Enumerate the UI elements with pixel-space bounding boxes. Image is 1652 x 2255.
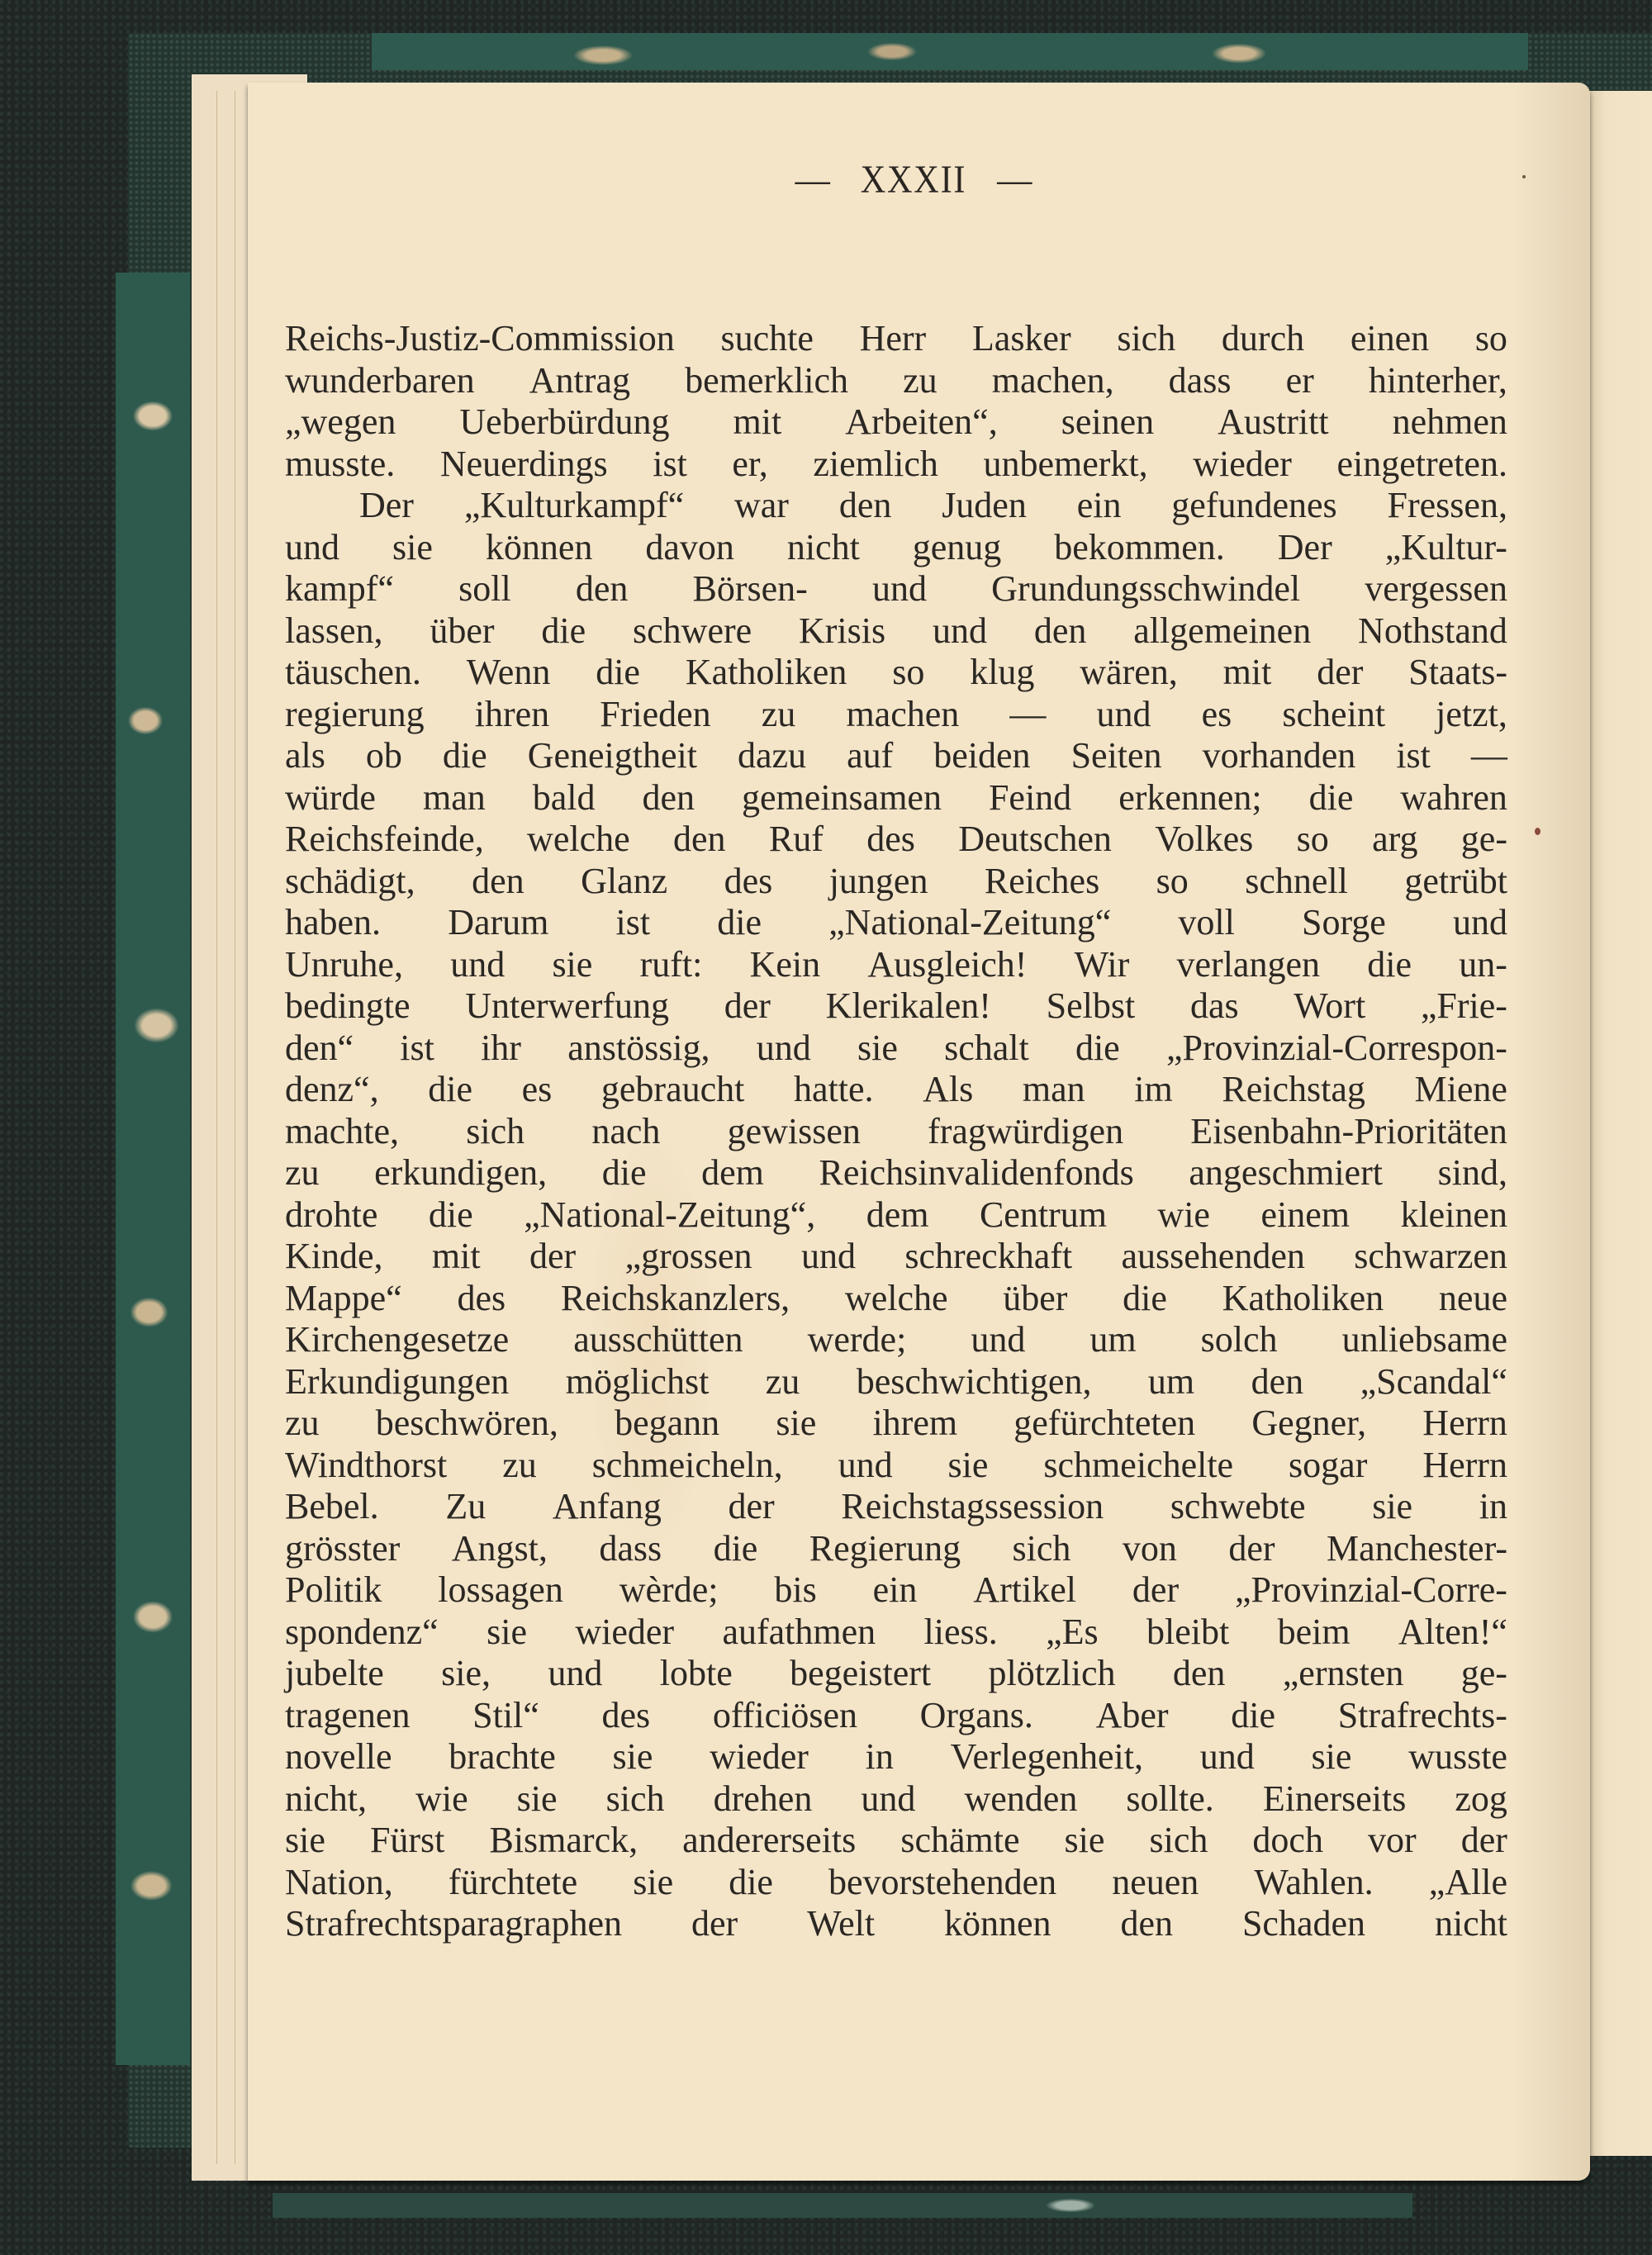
running-head-dash-right: — <box>977 158 1053 202</box>
word: lossagen <box>438 1569 563 1612</box>
word: Sorge <box>1302 902 1386 944</box>
word: begann <box>615 1403 719 1445</box>
word: ihren <box>475 694 549 736</box>
word: können <box>944 1903 1051 1945</box>
word: schmeicheln, <box>592 1445 783 1487</box>
word: wusste <box>1408 1736 1507 1778</box>
word: bemerklich <box>685 360 848 402</box>
word: werde; <box>808 1319 907 1361</box>
word: — <box>1471 735 1507 777</box>
word: Feind <box>989 777 1071 819</box>
word: novelle <box>285 1736 392 1778</box>
word: Lasker <box>972 318 1071 360</box>
word: Reichstagssession <box>841 1486 1104 1528</box>
text-line: machte,sichnachgewissenfragwürdigenEisen… <box>285 1111 1507 1153</box>
word: des <box>457 1278 506 1320</box>
text-line: Nation,fürchtetesiediebevorstehendenneue… <box>285 1862 1507 1904</box>
text-line: schädigt,denGlanzdesjungenReichessoschne… <box>285 861 1507 903</box>
word: hinterher, <box>1369 360 1507 402</box>
word: sie <box>552 944 592 986</box>
word: „Provinzial-Corre- <box>1235 1569 1507 1612</box>
word: und <box>450 944 505 986</box>
text-line: Politiklossagenwèrde;biseinArtikelder„Pr… <box>285 1569 1507 1612</box>
word: welche <box>527 819 630 861</box>
word: soll <box>458 568 511 610</box>
word: Unruhe, <box>285 944 403 986</box>
word: nach <box>591 1111 660 1153</box>
word: Nation, <box>285 1862 393 1904</box>
word: Einerseits <box>1263 1778 1407 1821</box>
word: nicht <box>787 527 860 569</box>
word: die <box>714 1528 758 1570</box>
word: schädigt, <box>285 861 415 903</box>
word: schalt <box>944 1028 1029 1070</box>
word: Nothstand <box>1358 610 1507 653</box>
word: ihr <box>481 1028 521 1070</box>
word: und <box>933 610 987 653</box>
word: des <box>724 861 773 903</box>
word: wie <box>1157 1194 1210 1237</box>
word: und <box>838 1445 893 1487</box>
text-line: „wegenUeberbürdungmitArbeiten“,seinenAus… <box>285 401 1507 444</box>
word: Windthorst <box>285 1445 447 1487</box>
word: und <box>285 527 339 569</box>
word: arg <box>1372 819 1417 861</box>
word: beschwichtigen, <box>857 1361 1092 1403</box>
word: sich <box>1149 1820 1208 1862</box>
word: sie <box>1372 1486 1412 1528</box>
word: Organs. <box>920 1695 1033 1737</box>
word: der <box>529 1236 576 1278</box>
word: bekommen. <box>1054 527 1225 569</box>
text-line: nicht,wiesiesichdrehenundwendensollte.Ei… <box>285 1778 1507 1821</box>
word: täuschen. <box>285 652 421 694</box>
word: Deutschen <box>958 819 1112 861</box>
word: vor <box>1368 1820 1417 1862</box>
text-line: Reichsfeinde,welchedenRufdesDeutschenVol… <box>285 819 1507 861</box>
word: den <box>1120 1903 1173 1945</box>
word: Manchester- <box>1327 1528 1507 1570</box>
word: begeistert <box>790 1653 931 1695</box>
word: „Kultur- <box>1385 527 1507 569</box>
word: Reichs-Justiz-Commission <box>285 318 675 360</box>
word: Mappe“ <box>285 1278 402 1320</box>
word: Bismarck, <box>489 1820 638 1862</box>
text-line: StrafrechtsparagraphenderWeltkönnendenSc… <box>285 1903 1507 1945</box>
word: nehmen <box>1393 401 1507 444</box>
word: und <box>1097 694 1151 736</box>
word: aussehenden <box>1122 1236 1305 1278</box>
word: zu <box>762 694 796 736</box>
word: Artikel <box>973 1569 1076 1612</box>
word: zu <box>285 1403 320 1445</box>
text-line: würdemanbalddengemeinsamenFeinderkennen;… <box>285 777 1507 819</box>
word: Eisenbahn-Prioritäten <box>1190 1111 1507 1153</box>
word: sie <box>517 1778 558 1821</box>
word: des <box>602 1695 651 1737</box>
text-line: Reichs-Justiz-CommissionsuchteHerrLasker… <box>285 318 1507 360</box>
text-line: Kinde,mitder„grossenundschreckhaftausseh… <box>285 1236 1507 1278</box>
word: zu <box>285 1152 320 1194</box>
word: so <box>1297 819 1329 861</box>
word: wieder <box>575 1612 674 1654</box>
word: seinen <box>1061 401 1154 444</box>
word: sich <box>1117 318 1175 360</box>
word: den <box>839 485 892 527</box>
word: machte, <box>285 1111 399 1153</box>
word: Ueberbürdung <box>459 401 669 444</box>
word: mit <box>733 401 782 444</box>
word: sie <box>487 1612 527 1654</box>
word: wèrde; <box>619 1569 719 1612</box>
word: Arbeiten“, <box>845 401 997 444</box>
word: jetzt, <box>1436 694 1507 736</box>
word: Glanz <box>581 861 667 903</box>
word: ge- <box>1461 1653 1507 1695</box>
text-line: spondenz“siewiederaufathmenliess.„Esblei… <box>285 1612 1507 1654</box>
word: Regierung <box>809 1528 961 1570</box>
word: den <box>576 568 629 610</box>
word: schreckhaft <box>904 1236 1072 1278</box>
word: so <box>1475 318 1507 360</box>
word: Politik <box>285 1569 382 1612</box>
word: Reichsinvalidenfonds <box>819 1152 1134 1194</box>
word: ob <box>366 735 402 777</box>
text-line: zuerkundigen,diedemReichsinvalidenfondsa… <box>285 1152 1507 1194</box>
word: nicht <box>1435 1903 1507 1945</box>
word: Ausgleich! <box>867 944 1027 986</box>
word: im <box>1134 1069 1172 1111</box>
word: schwarzen <box>1354 1236 1507 1278</box>
text-line: Kirchengesetzeausschüttenwerde;undumsolc… <box>285 1319 1507 1361</box>
word: Kirchengesetze <box>285 1319 509 1361</box>
word: durch <box>1222 318 1304 360</box>
word: wenden <box>964 1778 1077 1821</box>
word: „Scandal“ <box>1360 1361 1507 1403</box>
word: ruft: <box>640 944 703 986</box>
word: fürchtete <box>449 1862 577 1904</box>
word: und <box>971 1319 1025 1361</box>
word: den <box>472 861 525 903</box>
word: die <box>1123 1278 1167 1320</box>
word: spondenz“ <box>285 1612 439 1654</box>
word: Geneigtheit <box>528 735 697 777</box>
word: gefundenes <box>1171 485 1336 527</box>
text-line: haben.Darumistdie„National-Zeitung“vollS… <box>285 902 1507 944</box>
word: es <box>522 1069 553 1111</box>
word: sich <box>1013 1528 1071 1570</box>
word: sie <box>1065 1820 1105 1862</box>
word: voll <box>1178 902 1234 944</box>
adjacent-page-edge <box>1586 91 1652 2156</box>
word: dem <box>866 1194 929 1237</box>
text-line: Mappe“desReichskanzlers,welcheüberdieKat… <box>285 1278 1507 1320</box>
word: Welt <box>807 1903 875 1945</box>
word: die <box>1309 777 1354 819</box>
text-line: zubeschwören,begannsieihremgefürchtetenG… <box>285 1403 1507 1445</box>
word: kampf“ <box>285 568 394 610</box>
word: die <box>429 1194 473 1237</box>
text-line: lassen,überdieschwereKrisisunddenallgeme… <box>285 610 1507 653</box>
word: Centrum <box>980 1194 1107 1237</box>
word: beschwören, <box>376 1403 558 1445</box>
word: Katholiken <box>1222 1278 1384 1320</box>
word: Staats- <box>1408 652 1507 694</box>
paper-speck <box>1522 175 1526 178</box>
page-header: — XXXII — <box>286 157 1508 254</box>
word: schwebte <box>1170 1486 1306 1528</box>
word: Reiches <box>985 861 1099 903</box>
word: Stil“ <box>472 1695 539 1737</box>
word: suchte <box>720 318 813 360</box>
word: Wort <box>1294 985 1365 1028</box>
word: man <box>1023 1069 1085 1111</box>
word: angeschmiert <box>1189 1152 1383 1194</box>
word: sind, <box>1438 1152 1507 1194</box>
word: — <box>1009 694 1046 736</box>
word: fragwürdigen <box>928 1111 1123 1153</box>
text-line: Bebel.ZuAnfangderReichstagssessionschweb… <box>285 1486 1507 1528</box>
word: Katholiken <box>686 652 847 694</box>
word: drehen <box>714 1778 813 1821</box>
word: den <box>1251 1361 1304 1403</box>
word: Reichstag <box>1222 1069 1365 1111</box>
word: anstössig, <box>567 1028 710 1070</box>
word: Miene <box>1414 1069 1507 1111</box>
word: verlangen <box>1177 944 1320 986</box>
word: „ernsten <box>1283 1653 1404 1695</box>
word: Klerikalen! <box>826 985 991 1028</box>
word: wieder <box>710 1736 809 1778</box>
word: Wir <box>1075 944 1130 986</box>
text-line: wunderbarenAntragbemerklichzumachen,dass… <box>285 360 1507 402</box>
word: „Provinzial-Correspon- <box>1166 1028 1507 1070</box>
word: ist <box>1396 735 1431 777</box>
word: ein <box>1077 485 1122 527</box>
word: zu <box>903 360 938 402</box>
word: schwere <box>633 610 752 653</box>
word: der <box>729 1486 775 1528</box>
text-line: Unruhe,undsieruft:KeinAusgleich!Wirverla… <box>285 944 1507 986</box>
word: „Alle <box>1429 1862 1507 1904</box>
word: brachte <box>449 1736 555 1778</box>
word: es <box>1202 694 1232 736</box>
word: Neuerdings <box>440 444 608 486</box>
word: neuen <box>1112 1862 1199 1904</box>
word: Grundungsschwindel <box>991 568 1300 610</box>
word: über <box>1003 1278 1067 1320</box>
word: Darum <box>448 902 548 944</box>
word: unliebsame <box>1342 1319 1507 1361</box>
word: die <box>729 1862 773 1904</box>
word: möglichst <box>566 1361 710 1403</box>
text-line: alsobdieGeneigtheitdazuaufbeidenSeitenvo… <box>285 735 1507 777</box>
word: Strafrechts- <box>1338 1695 1507 1737</box>
word: und <box>801 1236 856 1278</box>
word: unbemerkt, <box>983 444 1147 486</box>
word: ge- <box>1461 819 1507 861</box>
word: Juden <box>942 485 1027 527</box>
word: tragenen <box>285 1695 410 1737</box>
word: den <box>1173 1653 1226 1695</box>
word: grösster <box>285 1528 400 1570</box>
word: zog <box>1455 1778 1507 1821</box>
word: „wegen <box>285 401 396 444</box>
word: „Es <box>1046 1612 1099 1654</box>
word: bedingte <box>285 985 411 1028</box>
word: „National-Zeitung“, <box>524 1194 815 1237</box>
word: als <box>285 735 325 777</box>
word: mit <box>1223 652 1272 694</box>
word: drohte <box>285 1194 377 1237</box>
text-line: bedingteUnterwerfungderKlerikalen!Selbst… <box>285 985 1507 1028</box>
running-head: — XXXII — <box>390 157 1436 202</box>
word: nicht, <box>285 1778 367 1821</box>
word: und <box>872 568 927 610</box>
word: kleinen <box>1400 1194 1507 1237</box>
word: denz“, <box>285 1069 379 1111</box>
word: plötzlich <box>989 1653 1116 1695</box>
word: Herr <box>860 318 927 360</box>
word: der <box>1228 1528 1275 1570</box>
running-head-dash-left: — <box>775 158 851 202</box>
word: dass <box>599 1528 662 1570</box>
word: der <box>691 1903 738 1945</box>
word: die <box>602 1152 647 1194</box>
word: machen <box>846 694 959 736</box>
word: genug <box>913 527 1002 569</box>
word: Wahlen. <box>1254 1862 1373 1904</box>
word: Erkundigungen <box>285 1361 509 1403</box>
word: die <box>541 610 586 653</box>
text-line: musste.Neuerdingsister,ziemlichunbemerkt… <box>285 444 1507 486</box>
word: haben. <box>285 902 381 944</box>
word: die <box>1075 1028 1120 1070</box>
word: den <box>1034 610 1087 653</box>
word: die <box>443 735 487 777</box>
word: vergessen <box>1365 568 1507 610</box>
word: Fürst <box>370 1820 444 1862</box>
word: davon <box>645 527 734 569</box>
word: sie, <box>441 1653 491 1695</box>
text-line: tragenenStil“desofficiösenOrgans.Aberdie… <box>285 1695 1507 1737</box>
word: dem <box>701 1152 764 1194</box>
word: ziemlich <box>813 444 938 486</box>
word: wunderbaren <box>285 360 475 402</box>
word: er <box>1286 360 1314 402</box>
word: Wenn <box>467 652 551 694</box>
marbled-paper-top <box>372 33 1528 70</box>
word: getrübt <box>1404 861 1507 903</box>
text-line: täuschen.WenndieKatholikensoklugwären,mi… <box>285 652 1507 694</box>
word: von <box>1123 1528 1177 1570</box>
word: Herrn <box>1422 1445 1507 1487</box>
word: lassen, <box>285 610 383 653</box>
text-line: grössterAngst,dassdieRegierungsichvonder… <box>285 1528 1507 1570</box>
word: sie <box>948 1445 989 1487</box>
word: aufathmen <box>722 1612 876 1654</box>
word: Selbst <box>1047 985 1136 1028</box>
word: Krisis <box>799 610 885 653</box>
word: Angst, <box>452 1528 548 1570</box>
word: wären, <box>1080 652 1178 694</box>
word: sie <box>1312 1736 1352 1778</box>
word: Verlegenheit, <box>951 1736 1143 1778</box>
word: ihrem <box>872 1403 957 1445</box>
word: den <box>643 777 695 819</box>
word: er, <box>732 444 767 486</box>
word: Als <box>923 1069 973 1111</box>
word: scheint <box>1282 694 1385 736</box>
text-line: Der„Kulturkampf“wardenJudeneingefundenes… <box>285 485 1507 527</box>
word: man <box>423 777 486 819</box>
word: würde <box>285 777 376 819</box>
text-line: regierungihrenFriedenzumachen—undesschei… <box>285 694 1507 736</box>
word: und <box>1200 1736 1255 1778</box>
word: Anfang <box>553 1486 662 1528</box>
word: der <box>724 985 771 1028</box>
word: der <box>1317 652 1363 694</box>
word: sie <box>613 1736 653 1778</box>
word: doch <box>1252 1820 1323 1862</box>
word: Schaden <box>1242 1903 1365 1945</box>
word: jungen <box>829 861 928 903</box>
word: die <box>596 652 640 694</box>
text-line: kampf“solldenBörsen-undGrundungsschwinde… <box>285 568 1507 610</box>
word: Der <box>1278 527 1332 569</box>
word: bis <box>774 1569 816 1612</box>
word: klug <box>970 652 1034 694</box>
word: schnell <box>1245 861 1348 903</box>
text-line: Windthorstzuschmeicheln,undsieschmeichel… <box>285 1445 1507 1487</box>
word: war <box>734 485 789 527</box>
word: wieder <box>1193 444 1292 486</box>
word: der <box>1461 1820 1507 1862</box>
word: Strafrechtsparagraphen <box>285 1903 622 1945</box>
word: Gegner, <box>1251 1403 1366 1445</box>
word: jubelte <box>285 1653 384 1695</box>
word: wie <box>415 1778 468 1821</box>
word: Der <box>359 485 414 527</box>
word: dass <box>1169 360 1232 402</box>
text-line: jubeltesie,undlobtebegeistertplötzlichde… <box>285 1653 1507 1695</box>
paper-speck <box>1535 828 1540 835</box>
word: Fressen, <box>1388 485 1507 527</box>
word: Ruf <box>769 819 824 861</box>
word: Bebel. <box>285 1486 379 1528</box>
word: Kinde, <box>285 1236 383 1278</box>
word: Seiten <box>1071 735 1162 777</box>
word: „National-Zeitung“ <box>828 902 1111 944</box>
word: eingetreten. <box>1337 444 1507 486</box>
word: Kein <box>750 944 821 986</box>
word: solch <box>1201 1319 1278 1361</box>
word: den <box>673 819 726 861</box>
word: musste. <box>285 444 395 486</box>
word: auf <box>847 735 893 777</box>
word: Frieden <box>600 694 710 736</box>
word: Reichsfeinde, <box>285 819 484 861</box>
word: officiösen <box>713 1695 857 1737</box>
word: dazu <box>738 735 806 777</box>
word: liess. <box>924 1612 998 1654</box>
word: wahren <box>1400 777 1507 819</box>
word: sie <box>857 1028 898 1070</box>
text-line: sieFürstBismarck,andererseitsschämtesies… <box>285 1820 1507 1862</box>
text-line: den“istihranstössig,undsieschaltdie„Prov… <box>285 1028 1507 1070</box>
word: erkundigen, <box>374 1152 547 1194</box>
word: und <box>757 1028 811 1070</box>
